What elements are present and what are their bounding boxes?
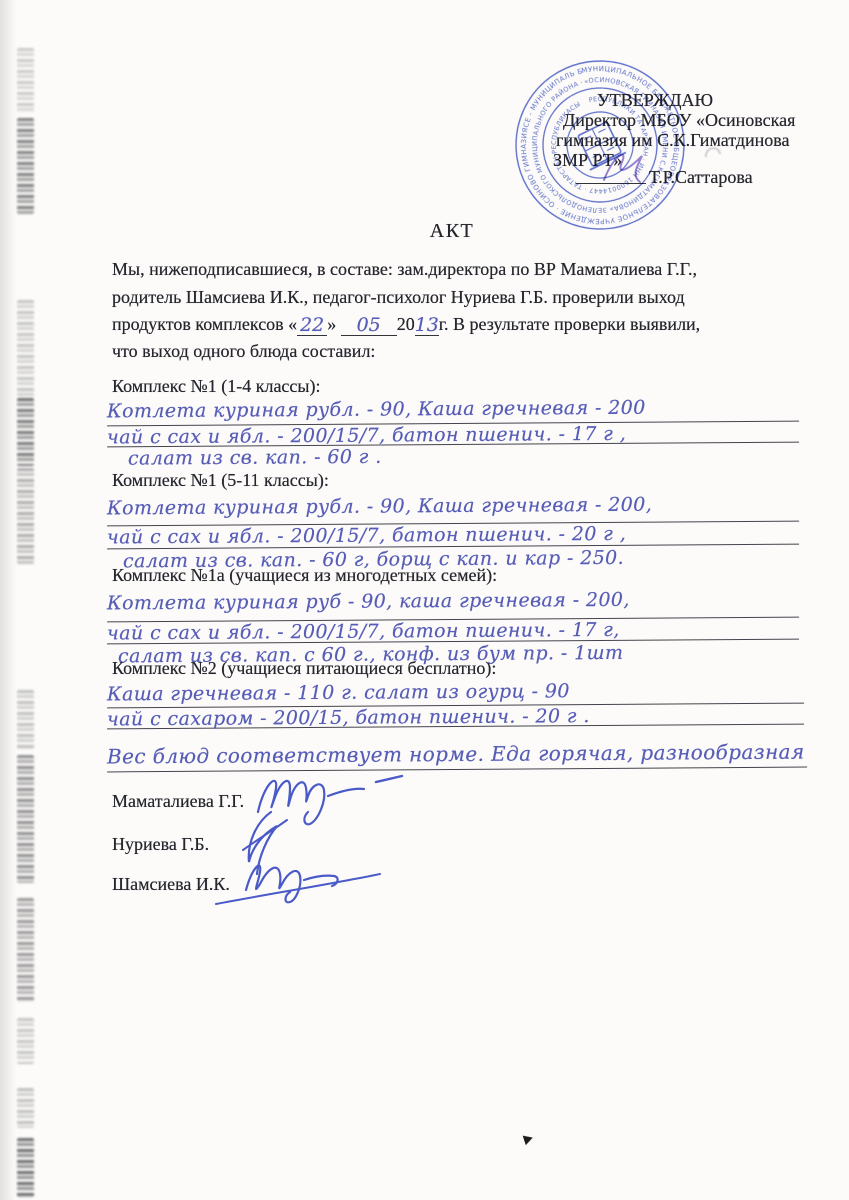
- intro-line-3-pre: продуктов комплексов «: [112, 314, 297, 334]
- date-month-value: 05: [357, 314, 381, 336]
- date-year-field: 13: [415, 316, 439, 336]
- section-4-header: Комплекс №2 (учащиеся питающиеся бесплат…: [112, 658, 496, 679]
- date-century: 20: [397, 314, 415, 334]
- document-title: АКТ: [112, 220, 792, 243]
- intro-line-4: что выход одного блюда составил:: [112, 341, 375, 362]
- section-2-entry-2: чай с сах и ябл. - 200/15/7, батон пшени…: [107, 522, 799, 550]
- scan-artifact: [17, 1138, 34, 1198]
- scan-artifact: [17, 1018, 34, 1064]
- stamp-center-emblem: [574, 120, 626, 170]
- intro-line-1: Мы, нижеподписавшиеся, в составе: зам.ди…: [112, 259, 697, 280]
- signature-shamsieva: [212, 850, 412, 908]
- scan-artifact: [17, 300, 34, 400]
- intro-line-3-post: г. В результате проверки выявили,: [439, 314, 701, 334]
- scan-artifact: [17, 48, 34, 114]
- intro-line-3-quote: »: [327, 314, 336, 334]
- scan-artifact: [17, 398, 34, 466]
- section-4-entry-2: чай с сахаром - 200/15, батон пшенич. - …: [107, 704, 804, 730]
- section-3-entry-1: Котлета куриная руб - 90, каша гречневая…: [107, 588, 799, 623]
- section-1-entry-3: салат из св. кап. - 60 г .: [128, 444, 578, 466]
- scan-speck: [523, 1133, 535, 1145]
- scan-artifact: [17, 1088, 34, 1128]
- scan-artifact: [17, 755, 34, 883]
- date-day-value: 22: [300, 314, 324, 336]
- signer-name-mamatalieva: Маматалиева Г.Г.: [112, 791, 244, 812]
- scan-artifact: [17, 690, 34, 750]
- date-day-field: 22: [297, 316, 327, 336]
- scan-artifact: [17, 468, 34, 564]
- scan-artifact: [17, 898, 34, 1002]
- section-2-header: Комплекс №1 (5-11 классы):: [112, 470, 329, 491]
- section-3-header: Комплекс №1а (учащиеся из многодетных се…: [112, 565, 497, 586]
- signer-name-nurieva: Нуриева Г.Б.: [112, 834, 209, 855]
- scan-artifact: [17, 118, 34, 214]
- date-month-field: 05: [341, 316, 397, 336]
- intro-line-3: продуктов комплексов «22» 052013г. В рез…: [112, 314, 700, 335]
- section-1-entry-2: чай с сах и ябл. - 200/15/7, батон пшени…: [107, 422, 799, 448]
- date-year-value: 13: [415, 314, 439, 336]
- section-1-header: Комплекс №1 (1-4 классы):: [112, 376, 321, 397]
- document-page: УТВЕРЖДАЮ Директор МБОУ «Осиновская гимн…: [0, 0, 849, 1200]
- intro-line-2: родитель Шамсиева И.К., педагог-психолог…: [112, 287, 685, 308]
- conclusion-remark: Вес блюд соответствует норме. Еда горяча…: [107, 740, 807, 773]
